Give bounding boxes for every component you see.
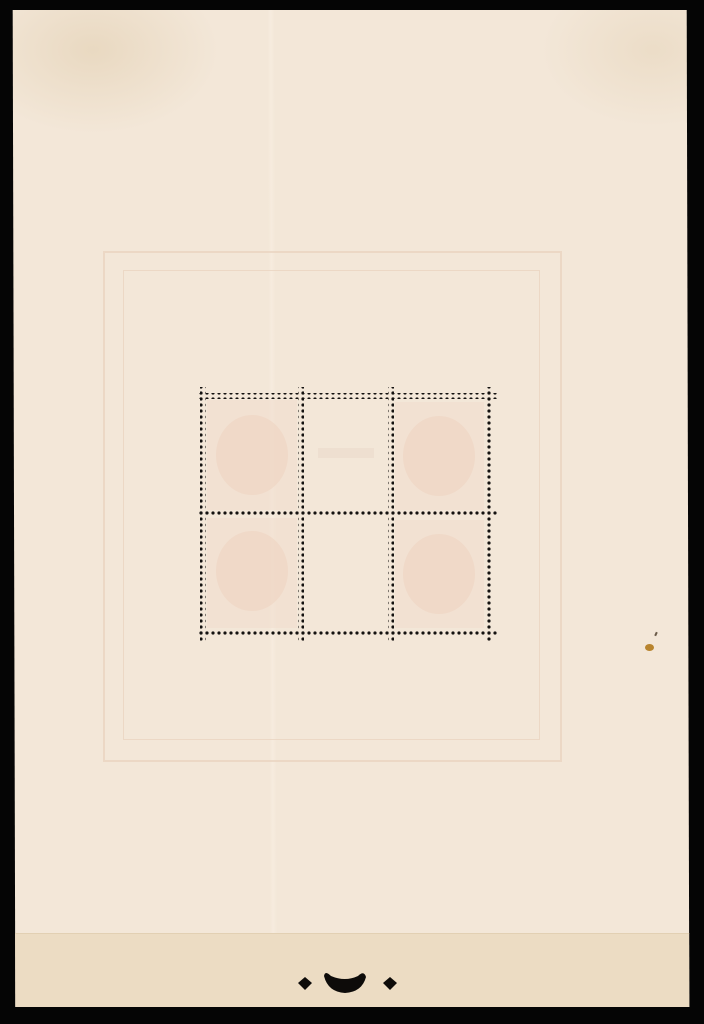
diamond-punch-left xyxy=(298,977,312,990)
diamond-punch-right xyxy=(383,977,397,990)
stamp-top-right xyxy=(395,402,484,510)
paper-stain xyxy=(645,644,654,651)
stamp-bottom-left xyxy=(207,518,297,628)
stamp-top-left xyxy=(207,400,297,510)
stamp-top-middle-showthrough xyxy=(318,448,374,458)
punch-marks xyxy=(298,973,397,993)
stamp-bottom-right xyxy=(395,520,484,628)
crescent-punch xyxy=(324,973,366,993)
perforation-grid xyxy=(0,0,704,1024)
